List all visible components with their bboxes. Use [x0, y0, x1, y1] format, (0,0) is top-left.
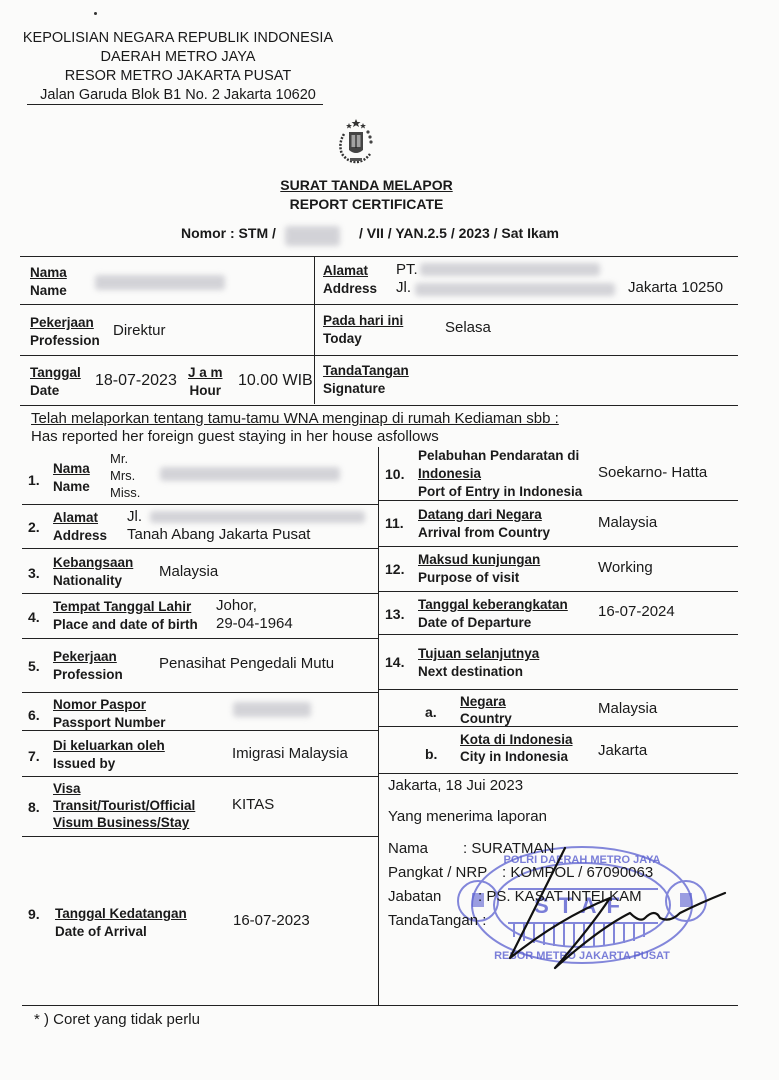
issued-by-value: Imigrasi Malaysia: [232, 745, 348, 763]
receiver-position-label: Jabatan: [388, 888, 441, 906]
guest-address-line1: Jl.: [127, 508, 142, 526]
guest-name-label: Nama Name: [53, 460, 90, 496]
reporter-name-label: Nama Name: [30, 264, 67, 300]
police-emblem-icon: [336, 118, 376, 166]
receiver-name-label: Nama: [388, 840, 428, 858]
row-number: 6.: [28, 707, 40, 723]
guest-address-line2: Tanah Abang Jakarta Pusat: [127, 526, 310, 544]
row-number: 1.: [28, 472, 40, 488]
receiver-heading: Yang menerima laporan: [388, 808, 547, 826]
row-number: b.: [425, 746, 437, 762]
date-value: 18-07-2023: [95, 372, 177, 390]
row-number: 3.: [28, 565, 40, 581]
document-title-en: REPORT CERTIFICATE: [0, 196, 733, 212]
today-value: Selasa: [445, 319, 491, 337]
document-title-id: SURAT TANDA MELAPOR: [0, 177, 733, 193]
arrival-country-value: Malaysia: [598, 514, 657, 532]
next-country-value: Malaysia: [598, 700, 657, 718]
departure-date-value: 16-07-2024: [598, 603, 675, 621]
arrival-country-label: Datang dari Negara Arrival from Country: [418, 506, 550, 542]
reporter-address-line1-prefix: PT.: [396, 261, 418, 279]
footnote: * ) Coret yang tidak perlu: [34, 1011, 200, 1029]
row-divider: [20, 405, 738, 406]
row-number: 2.: [28, 519, 40, 535]
table-bottom-border: [22, 1005, 738, 1006]
issued-by-label: Di keluarkan oleh Issued by: [53, 737, 165, 773]
reporter-address-label: Alamat Address: [323, 262, 377, 298]
birth-label: Tempat Tanggal Lahir Place and date of b…: [53, 598, 198, 634]
row-number: 8.: [28, 799, 40, 815]
visa-label: Visa Transit/Tourist/Official Visum Busi…: [53, 780, 195, 831]
guest-profession-value: Penasihat Pengedali Mutu: [159, 655, 334, 673]
row-number: 7.: [28, 748, 40, 764]
departure-date-label: Tanggal keberangkatan Date of Departure: [418, 596, 568, 632]
row-number: a.: [425, 704, 437, 720]
row-divider: [22, 776, 378, 777]
scan-dot: [94, 12, 97, 15]
redacted-guest-name: [160, 467, 340, 481]
row-divider: [378, 689, 738, 690]
next-city-value: Jakarta: [598, 742, 647, 760]
nationality-label: Kebangsaan Nationality: [53, 554, 133, 590]
guest-title-options: Mr. Mrs. Miss.: [110, 450, 140, 501]
nationality-value: Malaysia: [159, 563, 218, 581]
row-number: 9.: [28, 906, 40, 922]
row-number: 10.: [385, 466, 404, 482]
handwritten-signature: [470, 838, 740, 978]
next-city-label: Kota di Indonesia City in Indonesia: [460, 731, 573, 765]
redacted-passport: [233, 702, 311, 717]
reporter-address-line2-prefix: Jl.: [396, 279, 411, 297]
statement-id: Telah melaporkan tentang tamu-tamu WNA m…: [31, 410, 559, 428]
reporter-profession-label: Pekerjaan Profession: [30, 314, 100, 350]
row-divider: [22, 836, 378, 837]
row-divider: [22, 593, 378, 594]
row-divider: [20, 355, 738, 356]
row-divider: [378, 726, 738, 727]
row-divider: [22, 692, 378, 693]
signature-label: TandaTangan Signature: [323, 362, 409, 398]
port-of-entry-value: Soekarno- Hatta: [598, 464, 707, 482]
header-resort: RESOR METRO JAKARTA PUSAT: [18, 67, 338, 86]
purpose-label: Maksud kunjungan Purpose of visit: [418, 551, 540, 587]
guest-address-label: Alamat Address: [53, 509, 107, 545]
row-divider: [378, 634, 738, 635]
today-label: Pada hari ini Today: [323, 312, 403, 348]
row-divider: [20, 304, 738, 305]
receiver-place-date: Jakarta, 18 Jui 2023: [388, 777, 523, 795]
birth-date: 29-04-1964: [216, 615, 293, 633]
visa-value: KITAS: [232, 796, 274, 814]
header-divider: [27, 104, 323, 105]
guest-profession-label: Pekerjaan Profession: [53, 648, 123, 684]
table-border: [20, 256, 738, 257]
redacted-reporter-name: [95, 275, 225, 290]
redacted-guest-street: [150, 511, 365, 523]
next-country-label: Negara Country: [460, 693, 512, 727]
row-number: 12.: [385, 561, 404, 577]
arrival-date-label: Tanggal Kedatangan Date of Arrival: [55, 905, 187, 941]
reporter-address-city: Jakarta 10250: [628, 279, 723, 297]
passport-label: Nomor Paspor Passport Number: [53, 696, 166, 732]
hour-label: J a m Hour: [188, 364, 223, 400]
row-number: 13.: [385, 606, 404, 622]
header-address: Jalan Garuda Blok B1 No. 2 Jakarta 10620: [18, 86, 338, 105]
row-divider: [378, 773, 738, 774]
row-number: 11.: [385, 515, 404, 531]
statement-en: Has reported her foreign guest staying i…: [31, 428, 439, 446]
redacted-company: [420, 263, 600, 276]
birth-place: Johor,: [216, 597, 257, 615]
number-suffix: / VII / YAN.2.5 / 2023 / Sat Ikam: [359, 225, 559, 241]
date-label: Tanggal Date: [30, 364, 81, 400]
header-region: DAERAH METRO JAYA: [18, 48, 338, 67]
number-prefix: Nomor : STM /: [181, 225, 276, 241]
row-divider: [22, 638, 378, 639]
port-of-entry-label: Pelabuhan Pendaratan di Indonesia Port o…: [418, 447, 582, 501]
redacted-street: [415, 283, 615, 296]
row-number: 14.: [385, 654, 404, 670]
row-number: 5.: [28, 658, 40, 674]
row-number: 4.: [28, 609, 40, 625]
purpose-value: Working: [598, 559, 653, 577]
row-divider: [378, 546, 738, 547]
header-institution: KEPOLISIAN NEGARA REPUBLIK INDONESIA: [18, 29, 338, 48]
next-destination-label: Tujuan selanjutnya Next destination: [418, 645, 539, 681]
reporter-profession-value: Direktur: [113, 322, 166, 340]
arrival-date-value: 16-07-2023: [233, 912, 310, 930]
hour-value: 10.00 WIB: [238, 372, 313, 390]
column-divider: [314, 256, 315, 404]
row-divider: [22, 504, 378, 505]
redacted-number: [285, 226, 340, 246]
row-divider: [22, 548, 378, 549]
row-divider: [378, 591, 738, 592]
